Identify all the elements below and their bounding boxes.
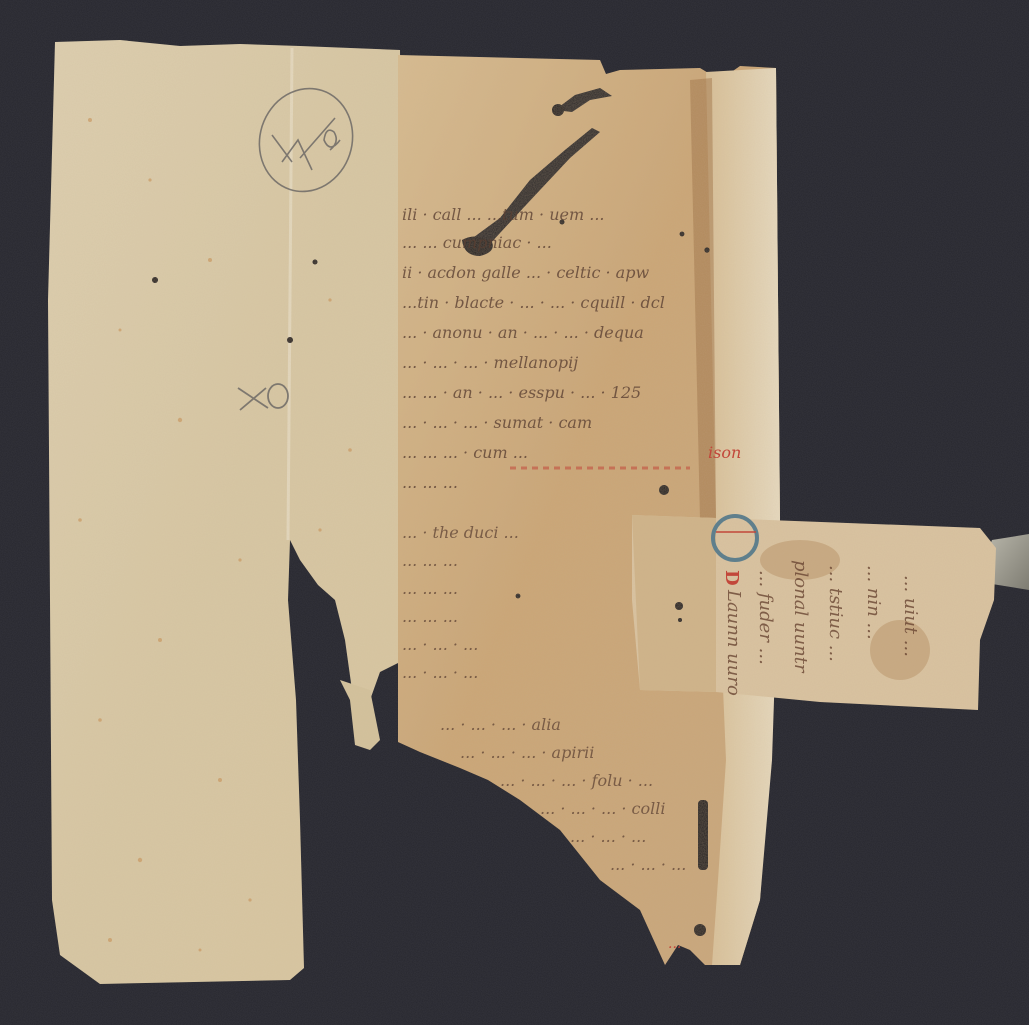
rubric-red-bottom: ... <box>668 936 681 952</box>
svg-text:... nin ...: ... nin ... <box>863 565 884 640</box>
svg-text:... · ... · ...: ... · ... · ... <box>610 855 686 874</box>
svg-text:... · ... · ... · apirii: ... · ... · ... · apirii <box>460 743 594 762</box>
svg-text:plonal uuntr: plonal uuntr <box>790 560 811 674</box>
manuscript-photo: ili · call ... ...tum · uem ... ... ... … <box>0 0 1029 1025</box>
svg-text:Launn uuro: Launn uuro <box>723 589 744 696</box>
svg-text:... · ... · ... · colli: ... · ... · ... · colli <box>540 799 666 818</box>
svg-text:... · ... · ... · folu · ...: ... · ... · ... · folu · ... <box>500 771 653 790</box>
svg-text:... · anonu · an · ... · ... ·: ... · anonu · an · ... · ... · dequa <box>402 323 644 342</box>
svg-text:...tin · blacte · ... · ... ·: ...tin · blacte · ... · ... · cquill · d… <box>402 293 665 312</box>
svg-text:... fuder ...: ... fuder ... <box>755 570 776 665</box>
svg-text:... ... ... · cum ...: ... ... ... · cum ... <box>402 443 528 462</box>
svg-text:... ... cumpniac · ...: ... ... cumpniac · ... <box>402 233 552 252</box>
svg-text:... · ... · ...: ... · ... · ... <box>402 635 478 654</box>
svg-text:... · ... · ...: ... · ... · ... <box>570 827 646 846</box>
svg-text:... · ... · ... · mellanopij: ... · ... · ... · mellanopij <box>402 353 578 372</box>
initial-letter-red: D <box>721 570 742 586</box>
svg-text:... ... · an · ... · esspu · .: ... ... · an · ... · esspu · ... · 125 <box>402 383 641 402</box>
svg-text:... ... ...: ... ... ... <box>402 473 458 492</box>
svg-text:... · ... · ...: ... · ... · ... <box>402 663 478 682</box>
svg-text:... · the duci ...: ... · the duci ... <box>402 523 519 542</box>
svg-text:... ... ...: ... ... ... <box>402 551 458 570</box>
svg-text:ii · acdon galle ... · celtic: ii · acdon galle ... · celtic · apw <box>402 263 649 282</box>
rubric-red-text: ison <box>708 443 741 462</box>
svg-text:... · ... · ... · alia: ... · ... · ... · alia <box>440 715 561 734</box>
svg-text:... · ... · ... · sumat · cam: ... · ... · ... · sumat · cam <box>402 413 592 432</box>
manuscript-illustration: ili · call ... ...tum · uem ... ... ... … <box>0 0 1029 1025</box>
svg-text:... uiut ...: ... uiut ... <box>900 575 921 657</box>
rotated-parchment-strip <box>632 515 996 710</box>
svg-text:... ... ...: ... ... ... <box>402 579 458 598</box>
svg-text:ili · call ... ...tum · uem .: ili · call ... ...tum · uem ... <box>402 205 604 224</box>
svg-text:... ... ...: ... ... ... <box>402 607 458 626</box>
svg-text:... tstiuc ...: ... tstiuc ... <box>825 565 846 662</box>
